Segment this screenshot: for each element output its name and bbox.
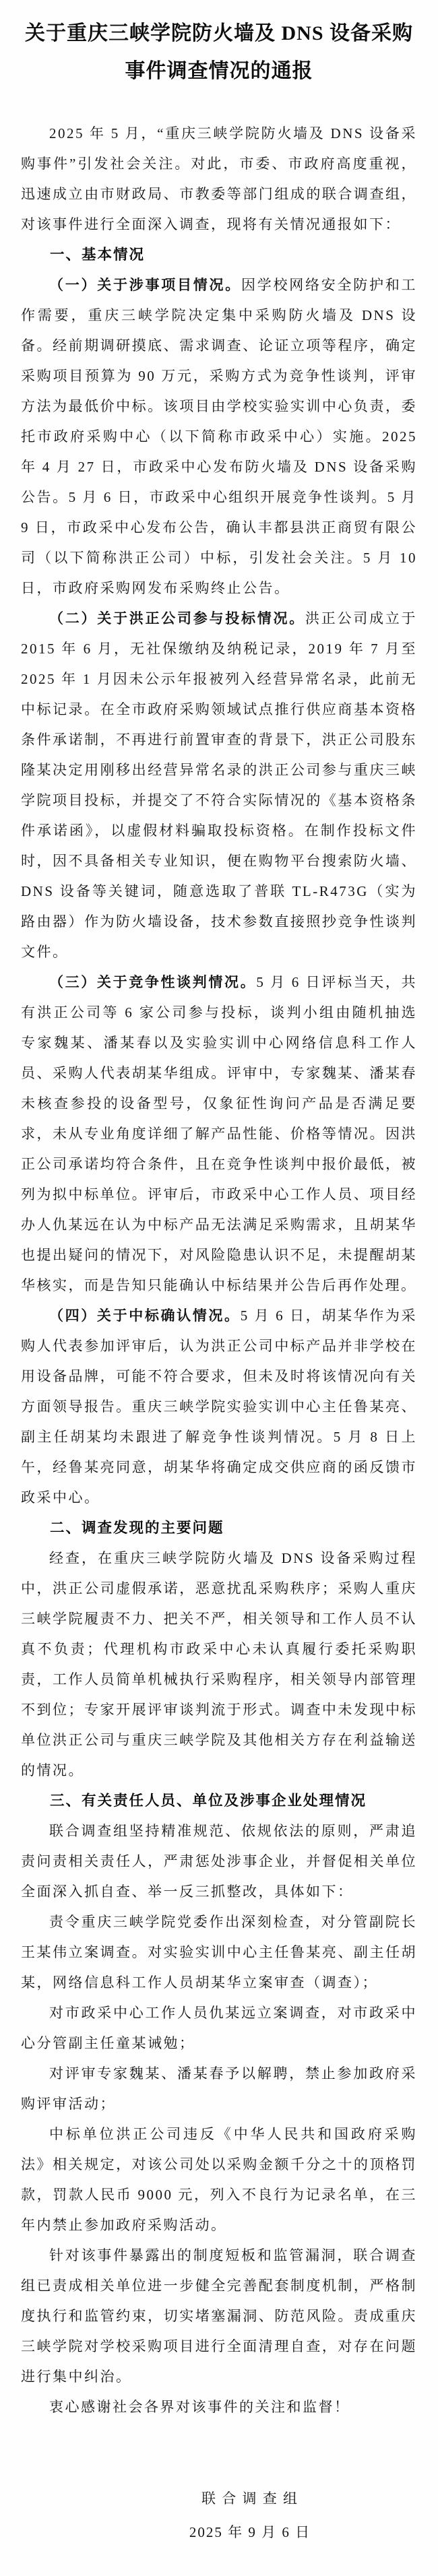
- section2-paragraph1: 经查，在重庆三峡学院防火墙及 DNS 设备采购过程中，洪正公司虚假承诺，恶意扰乱…: [21, 1543, 417, 1786]
- section3-paragraph1: 联合调查组坚持精准规范、依规依法的原则，严肃追责问责相关责任人，严肃惩处涉事企业…: [21, 1816, 417, 1907]
- intro-paragraph: 2025 年 5 月，“重庆三峡学院防火墙及 DNS 设备采购事件”引发社会关注…: [21, 119, 417, 240]
- document-title-line1: 关于重庆三峡学院防火墙及 DNS 设备采购: [21, 15, 417, 53]
- section1-heading: 一、基本情况: [21, 240, 417, 270]
- section1-paragraph1-text: 因学校网络安全防护和工作需要，重庆三峡学院决定集中采购防火墙及 DNS 设备。经…: [21, 277, 417, 596]
- section1-paragraph3-text: 5 月 6 日评标当天，共有洪正公司等 6 家公司参与投标，谈判小组由随机抽选专…: [21, 974, 417, 1293]
- section3-paragraph2: 责令重庆三峡学院党委作出深刻检查，对分管副院长王某伟立案调查。对实验实训中心主任…: [21, 1907, 417, 1998]
- document-title: 关于重庆三峡学院防火墙及 DNS 设备采购 事件调查情况的通报: [21, 15, 417, 90]
- section1-paragraph2-lead: （二）关于洪正公司参与投标情况。: [49, 610, 305, 626]
- section3-heading: 三、有关责任人员、单位及涉事企业处理情况: [21, 1786, 417, 1816]
- section3-paragraph5: 中标单位洪正公司违反《中华人民共和国政府采购法》相关规定，对该公司处以采购金额千…: [21, 2119, 417, 2241]
- notice-document: 关于重庆三峡学院防火墙及 DNS 设备采购 事件调查情况的通报 2025 年 5…: [0, 0, 438, 2576]
- section1-paragraph4-text: 5 月 6 日，胡某华作为采购人代表参加评审后，认为洪正公司中标产品并非学校在用…: [21, 1308, 417, 1506]
- section1-paragraph4-lead: （四）关于中标确认情况。: [49, 1308, 241, 1324]
- signature-org: 联 合 调 查 组: [169, 2482, 331, 2515]
- signature-block: 联 合 调 查 组 2025 年 9 月 6 日: [169, 2482, 331, 2549]
- section1-paragraph2-text: 洪正公司成立于 2015 年 6 月，无社保缴纳及纳税记录，2019 年 7 月…: [21, 610, 417, 960]
- section1-paragraph2: （二）关于洪正公司参与投标情况。洪正公司成立于 2015 年 6 月，无社保缴纳…: [21, 604, 417, 967]
- section2-heading: 二、调查发现的主要问题: [21, 1513, 417, 1543]
- closing-thanks-paragraph: 衷心感谢社会各界对该事件的关注和监督！: [21, 2392, 417, 2422]
- document-title-line2: 事件调查情况的通报: [21, 53, 417, 90]
- signature-date: 2025 年 9 月 6 日: [169, 2515, 331, 2549]
- section1-paragraph1-lead: （一）关于涉事项目情况。: [49, 277, 241, 293]
- section1-paragraph3: （三）关于竞争性谈判情况。5 月 6 日评标当天，共有洪正公司等 6 家公司参与…: [21, 967, 417, 1301]
- section1-paragraph1: （一）关于涉事项目情况。因学校网络安全防护和工作需要，重庆三峡学院决定集中采购防…: [21, 270, 417, 604]
- section3-paragraph3: 对市政采中心工作人员仇某远立案调查，对市政采中心分管副主任童某诫勉；: [21, 1998, 417, 2059]
- section1-paragraph4: （四）关于中标确认情况。5 月 6 日，胡某华作为采购人代表参加评审后，认为洪正…: [21, 1301, 417, 1513]
- section3-paragraph4: 对评审专家魏某、潘某春予以解聘，禁止参加政府采购评审活动；: [21, 2059, 417, 2119]
- section1-paragraph3-lead: （三）关于竞争性谈判情况。: [49, 974, 256, 990]
- section3-paragraph6: 针对该事件暴露出的制度短板和监管漏洞，联合调查组已责成相关单位进一步健全完善配套…: [21, 2241, 417, 2392]
